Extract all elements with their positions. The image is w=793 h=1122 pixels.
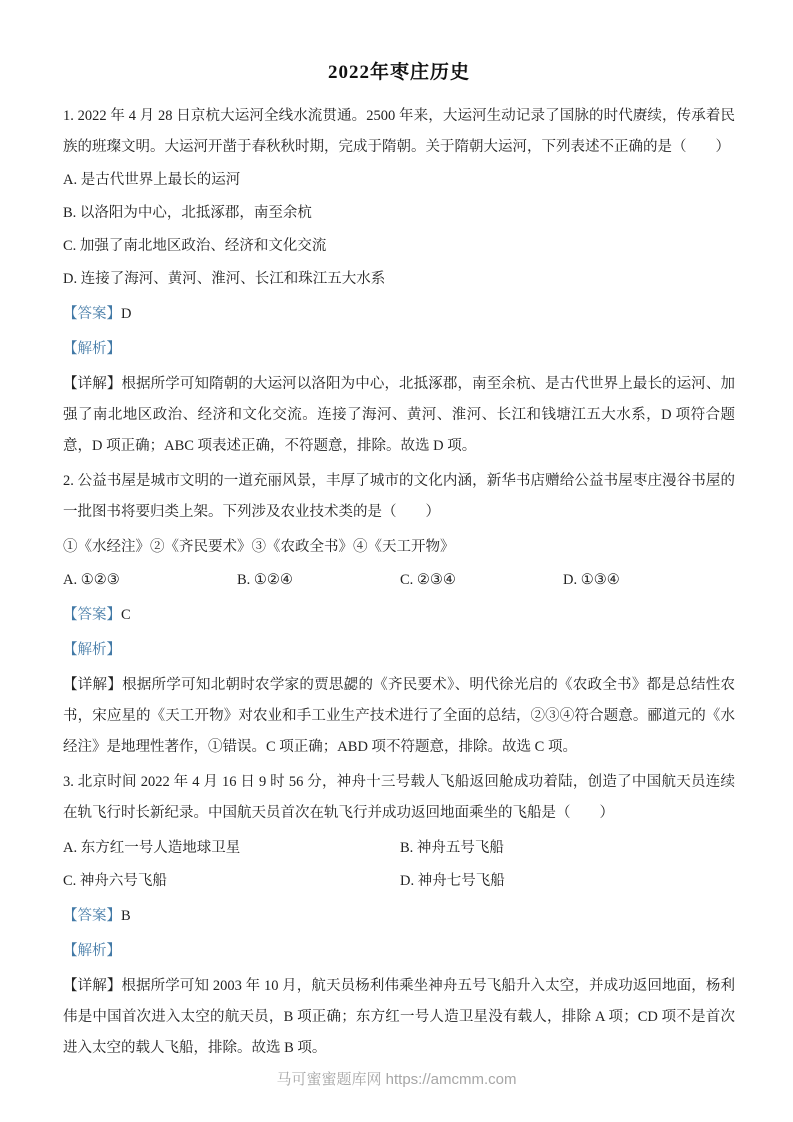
detail-text: 根据所学可知北朝时农学家的贾思勰的《齐民要术》、明代徐光启的《农政全书》都是总结… bbox=[63, 677, 735, 755]
question-1-answer-line: 【答案】D bbox=[63, 299, 735, 330]
question-2-items-line: ①《水经注》②《齐民要术》③《农政全书》④《天工开物》 bbox=[63, 532, 735, 563]
question-1-option-b: B. 以洛阳为中心，北抵涿郡，南至余杭 bbox=[63, 198, 735, 229]
question-3-option-a: A. 东方红一号人造地球卫星 bbox=[63, 833, 400, 864]
question-2-option-c: C. ②③④ bbox=[400, 565, 563, 596]
question-2-detail: 【详解】根据所学可知北朝时农学家的贾思勰的《齐民要术》、明代徐光启的《农政全书》… bbox=[63, 670, 735, 763]
question-1-stem: 1. 2022 年 4 月 28 日京杭大运河全线水流贯通。2500 年来，大运… bbox=[63, 101, 735, 163]
question-3-options: A. 东方红一号人造地球卫星 B. 神舟五号飞船 C. 神舟六号飞船 D. 神舟… bbox=[63, 831, 735, 897]
detail-label: 【详解】 bbox=[63, 677, 122, 693]
question-1-option-d: D. 连接了海河、黄河、淮河、长江和珠江五大水系 bbox=[63, 264, 735, 295]
page-title: 2022年枣庄历史 bbox=[63, 57, 735, 84]
detail-label: 【详解】 bbox=[63, 978, 121, 994]
detail-text: 根据所学可知 2003 年 10 月，航天员杨利伟乘坐神舟五号飞船升入太空，并成… bbox=[63, 978, 735, 1056]
question-2-option-b: B. ①②④ bbox=[237, 565, 400, 596]
question-1-option-a: A. 是古代世界上最长的运河 bbox=[63, 165, 735, 196]
answer-label: 【答案】 bbox=[63, 908, 121, 924]
question-3-detail: 【详解】根据所学可知 2003 年 10 月，航天员杨利伟乘坐神舟五号飞船升入太… bbox=[63, 971, 735, 1064]
question-1-detail: 【详解】根据所学可知隋朝的大运河以洛阳为中心，北抵涿郡，南至余杭、是古代世界上最… bbox=[63, 369, 735, 462]
question-3-option-c: C. 神舟六号飞船 bbox=[63, 866, 400, 897]
analysis-label: 【解析】 bbox=[63, 943, 121, 959]
question-3-analysis-line: 【解析】 bbox=[63, 936, 735, 967]
detail-text: 根据所学可知隋朝的大运河以洛阳为中心，北抵涿郡，南至余杭、是古代世界上最长的运河… bbox=[63, 376, 735, 454]
question-3-answer-line: 【答案】B bbox=[63, 901, 735, 932]
analysis-label: 【解析】 bbox=[63, 341, 121, 357]
question-1-analysis-line: 【解析】 bbox=[63, 334, 735, 365]
question-3-option-d: D. 神舟七号飞船 bbox=[400, 866, 735, 897]
question-2-options: A. ①②③ B. ①②④ C. ②③④ D. ①③④ bbox=[63, 565, 735, 596]
watermark-footer: 马可蜜蜜题库网 https://amcmm.com bbox=[0, 1068, 793, 1089]
answer-value: C bbox=[121, 607, 131, 623]
question-2-option-a: A. ①②③ bbox=[63, 565, 237, 596]
question-2-analysis-line: 【解析】 bbox=[63, 635, 735, 666]
answer-value: B bbox=[121, 908, 131, 924]
question-2-stem: 2. 公益书屋是城市文明的一道充丽风景，丰厚了城市的文化内涵，新华书店赠给公益书… bbox=[63, 466, 735, 528]
question-2-option-d: D. ①③④ bbox=[563, 565, 735, 596]
question-2-answer-line: 【答案】C bbox=[63, 600, 735, 631]
question-1-options: A. 是古代世界上最长的运河 B. 以洛阳为中心，北抵涿郡，南至余杭 C. 加强… bbox=[63, 165, 735, 295]
question-3-stem: 3. 北京时间 2022 年 4 月 16 日 9 时 56 分，神舟十三号载人… bbox=[63, 767, 735, 829]
answer-label: 【答案】 bbox=[63, 306, 121, 322]
answer-label: 【答案】 bbox=[63, 607, 121, 623]
answer-value: D bbox=[121, 306, 131, 322]
detail-label: 【详解】 bbox=[63, 376, 121, 392]
question-1-option-c: C. 加强了南北地区政治、经济和文化交流 bbox=[63, 231, 735, 262]
analysis-label: 【解析】 bbox=[63, 642, 121, 658]
exam-document: 2022年枣庄历史 1. 2022 年 4 月 28 日京杭大运河全线水流贯通。… bbox=[63, 57, 735, 1064]
question-3-option-b: B. 神舟五号飞船 bbox=[400, 833, 735, 864]
